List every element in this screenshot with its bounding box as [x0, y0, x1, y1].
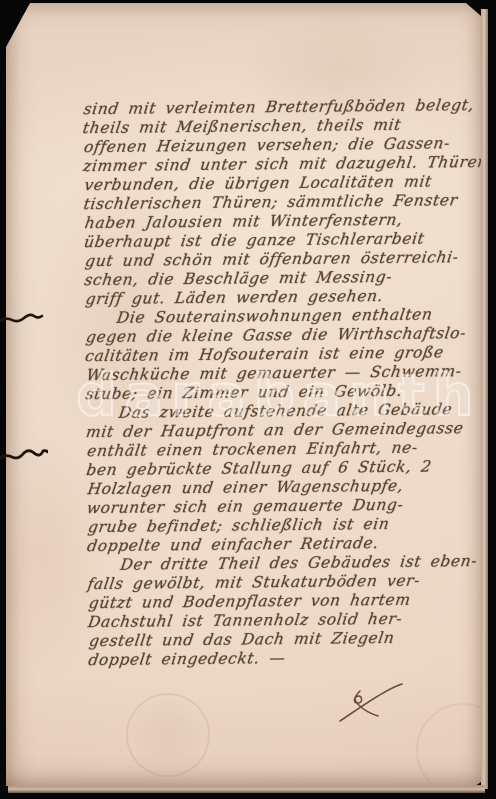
manuscript-line: doppelt eingedeckt. —	[87, 647, 490, 670]
paper-stain-ring	[126, 693, 210, 777]
ink-x-mark	[334, 675, 406, 729]
binding-thread-mark	[0, 448, 48, 464]
handwriting-block: sind mit verleimten Bretterfußböden bele…	[81, 96, 487, 670]
page-edge-bottom	[8, 785, 485, 793]
binding-thread-mark	[0, 312, 44, 328]
page-edge-right	[481, 9, 488, 789]
photo-background: sind mit verleimten Bretterfußböden bele…	[0, 0, 496, 799]
manuscript-page: sind mit verleimten Bretterfußböden bele…	[6, 3, 481, 786]
